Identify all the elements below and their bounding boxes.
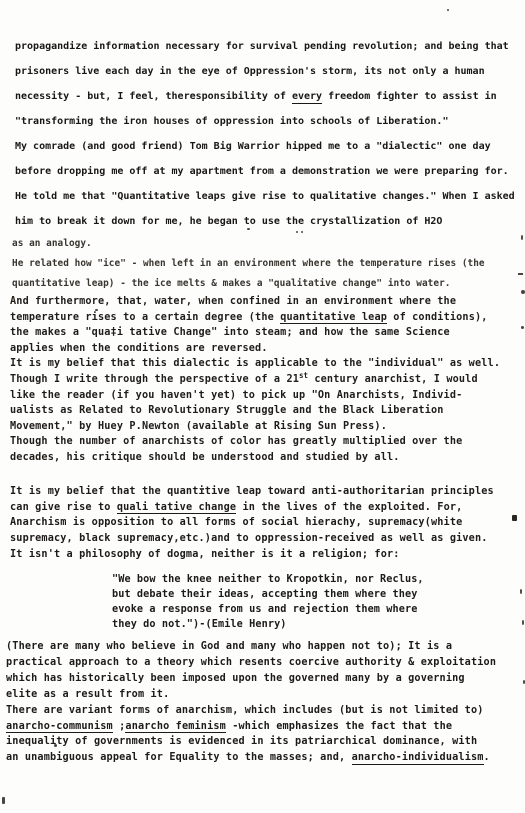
scan-artifact [520, 589, 522, 594]
text-segment: Though I write through the perspective o… [10, 374, 299, 385]
text-segment: like the reader (if you haven't yet) to … [10, 390, 462, 401]
text-segment: Though the number of anarchists of color… [10, 436, 462, 447]
text-segment: practical approach to a theory which res… [6, 657, 496, 668]
text-line: He related how "ice" - when left in an e… [12, 254, 485, 274]
text-line: Anarchism is opposition to all forms of … [10, 515, 494, 531]
text-segment: as an analogy. [12, 238, 92, 249]
scan-artifact [521, 290, 525, 294]
text-segment: supremacy, black supremacy,etc.)and to o… [10, 533, 488, 544]
text-segment: in the lives of the exploited. For, [236, 502, 462, 513]
text-line: they do not.")-(Emile Henry) [112, 617, 424, 632]
text-segment: inequality of governments is evidenced i… [6, 736, 477, 747]
text-segment: which has historically been imposed upon… [6, 673, 465, 684]
text-line: "transforming the iron houses of oppress… [15, 109, 515, 134]
text-line: before dropping me off at my apartment f… [15, 159, 515, 184]
text-segment: the makes a "qua‡i tative Change" into s… [10, 327, 450, 338]
text-segment: (There are many who believe in God and m… [6, 641, 452, 652]
text-line: the makes a "qua‡i tative Change" into s… [10, 325, 500, 341]
scan-artifact [522, 620, 524, 625]
text-segment: propagandize information necessary for s… [15, 41, 509, 52]
text-segment: My comrade (and good friend) Tom Big War… [15, 141, 491, 152]
text-segment: an unambiguous appeal for Equality to th… [6, 752, 352, 763]
underlined-text: quali tative change [117, 502, 236, 515]
text-line: There are variant forms of anarchism, wh… [6, 703, 496, 719]
scan-artifact [521, 235, 523, 240]
scan-artifact [54, 744, 57, 747]
text-line: quantitative leap) - the ice melts & mak… [12, 274, 485, 294]
text-line: practical approach to a theory which res… [6, 655, 496, 671]
scan-artifact [512, 515, 517, 521]
text-segment: It isn't a philosophy of dogma, neither … [10, 549, 400, 560]
text-segment: necessity - but, I feel, theresponsibili… [15, 91, 292, 102]
scan-artifact [447, 9, 449, 11]
text-segment: temperature rises to a certain degree (t… [10, 312, 280, 323]
text-line: inequality of governments is evidenced i… [6, 734, 496, 750]
text-line: propagandize information necessary for s… [15, 34, 515, 59]
text-line: "We bow the knee neither to Kropotkin, n… [112, 572, 424, 587]
scan-artifact [95, 309, 98, 311]
text-segment: There are variant forms of anarchism, wh… [6, 705, 484, 716]
scan-artifact [521, 326, 524, 329]
text-segment: "transforming the iron houses of oppress… [15, 116, 448, 127]
text-segment: And furthermore, that, water, when confi… [10, 296, 456, 307]
text-segment: It is my belief that this dialectic is a… [10, 358, 500, 369]
scan-artifact [200, 488, 204, 490]
text-segment: elite as a result from it. [6, 689, 169, 700]
text-line: decades, his critique should be understo… [10, 450, 500, 466]
text-line: (There are many who believe in God and m… [6, 639, 496, 655]
text-line: prisoners live each day in the eye of Op… [15, 59, 515, 84]
underlined-text: anarcho-individualism [352, 752, 484, 765]
paragraph-dialectic: And furthermore, that, water, when confi… [10, 294, 500, 466]
superscript-text: st [299, 368, 308, 384]
text-segment: Movement," by Huey P.Newton (available a… [10, 421, 387, 432]
document-page: propagandize information necessary for s… [0, 0, 525, 813]
text-segment: they do not.")-(Emile Henry) [112, 619, 287, 630]
paragraph-analogy: as an analogy.He related how "ice" - whe… [12, 234, 485, 294]
text-segment: him to break it down for me, he began to… [15, 216, 442, 227]
text-segment: decades, his critique should be understo… [10, 452, 400, 463]
text-line: temperature rises to a certain degree (t… [10, 310, 500, 326]
scan-artifact [301, 231, 303, 233]
text-segment: prisoners live each day in the eye of Op… [15, 66, 485, 77]
text-segment: ; [113, 721, 126, 732]
text-line: He told me that "Quantitative leaps give… [15, 184, 515, 209]
text-segment: . [484, 752, 490, 763]
paragraph-closing: (There are many who believe in God and m… [6, 639, 496, 766]
text-line: Though the number of anarchists of color… [10, 434, 500, 450]
text-line: And furthermore, that, water, when confi… [10, 294, 500, 310]
scan-artifact [296, 231, 298, 233]
paragraph-intro: propagandize information necessary for s… [15, 34, 515, 234]
text-line: elite as a result from it. [6, 687, 496, 703]
text-line: like the reader (if you haven't yet) to … [10, 388, 500, 404]
text-line: It is my belief that the quantitive leap… [10, 484, 494, 500]
underlined-text: anarcho-communism [6, 721, 113, 734]
text-segment: before dropping me off at my apartment f… [15, 166, 509, 177]
text-segment: He told me that "Quantitative leaps give… [15, 191, 515, 202]
text-line: can give rise to quali tative change in … [10, 500, 494, 516]
text-segment: applies when the conditions are reversed… [10, 343, 268, 354]
text-line: which has historically been imposed upon… [6, 671, 496, 687]
text-line: supremacy, black supremacy,etc.)and to o… [10, 531, 494, 547]
text-line: applies when the conditions are reversed… [10, 341, 500, 357]
text-line: evoke a response from us and rejection t… [112, 602, 424, 617]
scan-artifact [518, 273, 523, 275]
text-line: My comrade (and good friend) Tom Big War… [15, 134, 515, 159]
text-line: Though I write through the perspective o… [10, 372, 500, 388]
text-segment: evoke a response from us and rejection t… [112, 604, 417, 615]
text-segment: quantitative leap) - the ice melts & mak… [12, 278, 450, 289]
scan-artifact [2, 797, 5, 804]
underlined-text: quantitative leap [280, 312, 387, 325]
text-line: Movement," by Huey P.Newton (available a… [10, 419, 500, 435]
text-line: as an analogy. [12, 234, 485, 254]
text-segment: It is my belief that the quantitive leap… [10, 486, 494, 497]
text-segment: freedom fighter to assist in [322, 91, 497, 102]
text-line: but debate their ideas, accepting them w… [112, 587, 424, 602]
text-segment: Anarchism is opposition to all forms of … [10, 517, 462, 528]
paragraph-belief: It is my belief that the quantitive leap… [10, 484, 494, 563]
text-line: him to break it down for me, he began to… [15, 209, 515, 234]
text-segment: of conditions), [387, 312, 488, 323]
text-segment: "We bow the knee neither to Kropotkin, n… [112, 574, 424, 585]
text-line: necessity - but, I feel, theresponsibili… [15, 84, 515, 109]
text-line: an unambiguous appeal for Equality to th… [6, 750, 496, 766]
text-segment: ualists as Related to Revolutionary Stru… [10, 405, 444, 416]
scan-artifact [247, 228, 250, 230]
underlined-text: every [292, 91, 322, 104]
text-segment: -which emphasizes the fact that the [226, 721, 452, 732]
text-segment: can give rise to [10, 502, 117, 513]
text-segment: century anarchist, I would [308, 374, 478, 385]
text-line: ualists as Related to Revolutionary Stru… [10, 403, 500, 419]
text-segment: but debate their ideas, accepting them w… [112, 589, 417, 600]
underlined-text: anarcho feminism [125, 721, 226, 734]
text-segment: He related how "ice" - when left in an e… [12, 258, 485, 269]
text-line: It is my belief that this dialectic is a… [10, 356, 500, 372]
text-line: anarcho-communism ;anarcho feminism -whi… [6, 719, 496, 735]
blockquote-emile-henry: "We bow the knee neither to Kropotkin, n… [112, 572, 424, 632]
text-line: It isn't a philosophy of dogma, neither … [10, 547, 494, 563]
